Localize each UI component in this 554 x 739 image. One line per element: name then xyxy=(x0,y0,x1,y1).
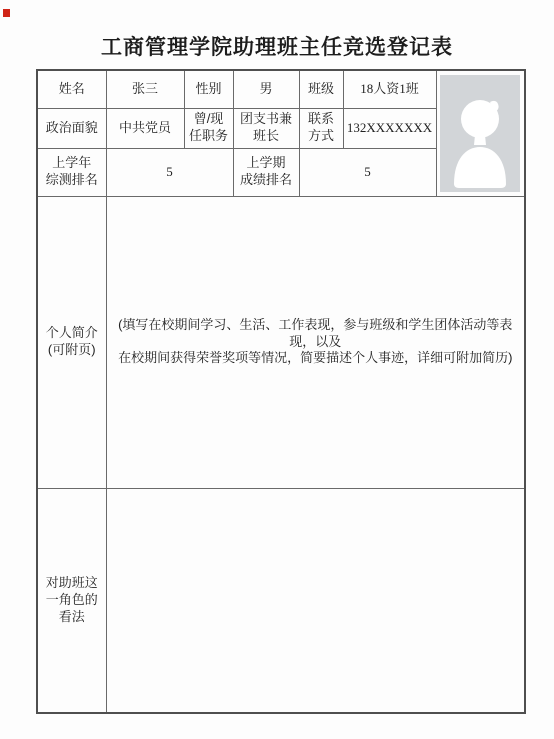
political-value: 中共党员 xyxy=(106,108,184,148)
position-label: 曾/现 任职务 xyxy=(184,108,233,148)
name-value: 张三 xyxy=(106,70,184,108)
political-label: 政治面貌 xyxy=(37,108,106,148)
term-rank-value: 5 xyxy=(299,148,436,196)
person-silhouette-icon xyxy=(440,75,520,192)
gender-value: 男 xyxy=(233,70,299,108)
intro-hint: (填写在校期间学习、生活、工作表现，参与班级和学生团体活动等表现，以及 在校期间… xyxy=(106,196,525,488)
intro-label: 个人简介 (可附页) xyxy=(37,196,106,488)
page-title: 工商管理学院助理班主任竞选登记表 xyxy=(0,31,554,61)
gender-label: 性别 xyxy=(184,70,233,108)
opinion-label: 对助班这 一角色的 看法 xyxy=(37,488,106,713)
red-corner-mark xyxy=(3,9,10,17)
table-row: 个人简介 (可附页) (填写在校期间学习、生活、工作表现，参与班级和学生团体活动… xyxy=(37,196,525,488)
class-value: 18人资1班 xyxy=(343,70,436,108)
photo-cell xyxy=(436,70,525,196)
term-rank-label: 上学期 成绩排名 xyxy=(233,148,299,196)
contact-value: 132XXXXXXX xyxy=(343,108,436,148)
contact-label: 联系 方式 xyxy=(299,108,343,148)
registration-table: 姓名 张三 性别 男 班级 18人资1班 政治面貌 中共党员 曾/现 任职务 团… xyxy=(36,69,526,714)
position-value: 团支书兼 班长 xyxy=(233,108,299,148)
year-rank-value: 5 xyxy=(106,148,233,196)
name-label: 姓名 xyxy=(37,70,106,108)
table-row: 对助班这 一角色的 看法 xyxy=(37,488,525,713)
photo-placeholder xyxy=(440,75,520,192)
opinion-content xyxy=(106,488,525,713)
table-row: 姓名 张三 性别 男 班级 18人资1班 xyxy=(37,70,525,108)
class-label: 班级 xyxy=(299,70,343,108)
year-rank-label: 上学年 综测排名 xyxy=(37,148,106,196)
